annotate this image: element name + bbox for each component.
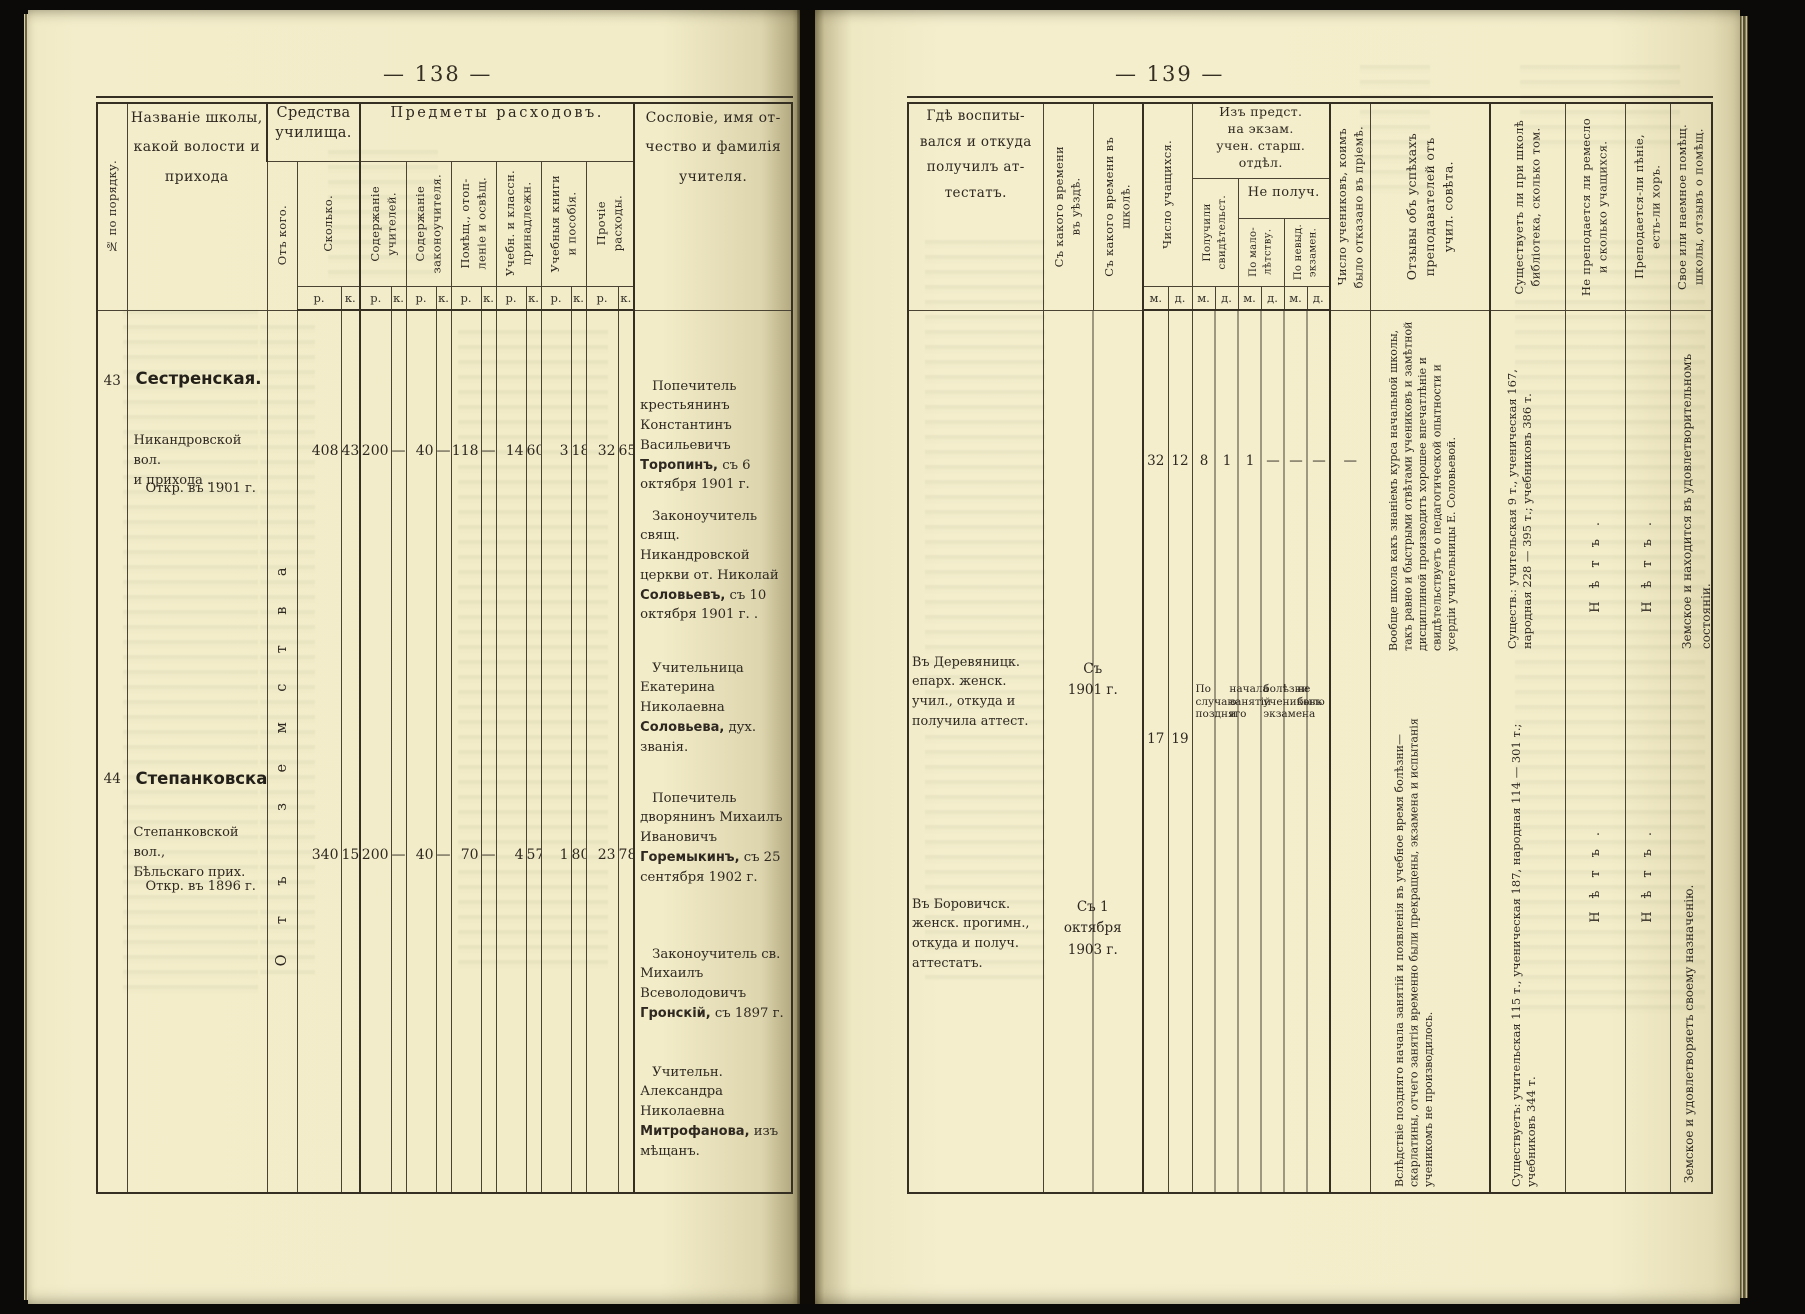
group-head-funds: Средства училища.: [267, 103, 360, 161]
col-head-library: Существуетъ ли при школѣ библіотека, ско…: [1490, 103, 1565, 310]
teacher-entry: Попечитель крестьянинъ Константинъ Васил…: [640, 377, 788, 496]
exp6-label: Прочіе расходы.: [593, 195, 626, 251]
col-head-school-name: Названіе школы, какой волости и прихода: [127, 103, 267, 310]
unit-cell: к.: [571, 286, 586, 310]
page-number-left: — 138 —: [383, 62, 492, 86]
unit-cell: к.: [526, 286, 541, 310]
col-head-since-uezd: Съ какого времени въ уѣздѣ.: [1043, 103, 1093, 310]
school-name: Сестренская.: [128, 369, 267, 388]
library-text: Существуетъ: учительская 115 т., учениче…: [1509, 663, 1539, 1187]
col-head-craft: Не преподается ли ремесло и сколько учащ…: [1565, 103, 1625, 310]
col-head-premises: Свое или наемное помѣщ. школы, отзывъ о …: [1670, 103, 1712, 310]
value-cell: 14: [497, 443, 524, 459]
exp2-label: Содержаніе законоучителя.: [412, 174, 445, 273]
col-head-cert: Получили свидѣтельст.: [1192, 178, 1238, 286]
value-cell: —: [482, 443, 494, 459]
money-col: 6057: [526, 310, 541, 1193]
col-head-students: Число учащихся.: [1143, 103, 1192, 286]
since-value: Съ 1 октября 1903 г.: [1044, 897, 1143, 962]
school-name-label: Названіе школы, какой волости и прихода: [128, 104, 267, 192]
teacher-surname: Горемыкинъ,: [640, 850, 739, 865]
unit-cell: м.: [1192, 286, 1215, 310]
unit-cell: д.: [1168, 286, 1192, 310]
unit-cell: к.: [341, 286, 360, 310]
fail-label: По невыд. экзамен.: [1292, 224, 1321, 280]
unit-cell: к.: [618, 286, 634, 310]
col-num-label: № по порядку.: [104, 160, 121, 254]
unit-cell: к.: [436, 286, 451, 310]
teacher-surname: Гронскій,: [640, 1006, 711, 1021]
value-cell: 23: [587, 847, 616, 863]
value-cell: 40: [407, 847, 434, 863]
unit-cell: д.: [1215, 286, 1238, 310]
unit-cell: р.: [360, 286, 391, 310]
col-head-since-school: Съ какого времени въ школѣ.: [1093, 103, 1143, 310]
money-col: 200200: [360, 310, 391, 1193]
singing-value: Нѣтъ.: [1640, 509, 1655, 613]
money-col: ——: [436, 310, 451, 1193]
col-head-not-received: Не получ.: [1238, 178, 1330, 218]
money-col: 144: [496, 310, 526, 1193]
educated-value: Въ Боровичск. женск. прогимн., откуда и …: [909, 895, 1043, 974]
school-volost: Степанковской вол., Бѣльскаго прих.: [128, 823, 267, 883]
teacher-text: Учительн. Александра Николаевна: [640, 1065, 725, 1120]
review-label: Отзывы объ успѣхахъ преподавателей отъ у…: [1403, 133, 1457, 280]
value-cell: 78: [619, 847, 632, 863]
since-col: Съ 1901 г. Съ 1 октября 1903 г.: [1043, 310, 1143, 1193]
value-cell: 1: [1216, 453, 1239, 469]
left-table-wrap: № по порядку. Названіе школы, какой воло…: [96, 96, 793, 1194]
col-head-exp2: Содержаніе законоучителя.: [406, 161, 451, 286]
col-head-exp6: Прочіе расходы.: [586, 161, 634, 286]
value-cell: 408: [298, 443, 339, 459]
school-opened: Откр. въ 1901 г.: [128, 481, 267, 496]
teacher-col: Попечитель крестьянинъ Константинъ Васил…: [634, 310, 792, 1193]
library-col: Существ.: учительская 9 т., ученическая …: [1490, 310, 1565, 1193]
unit-cell: к.: [391, 286, 406, 310]
review-text: Вообще школа какъ знаніемъ курса начальн…: [1387, 319, 1460, 651]
teacher-text: Попечитель крестьянинъ Константинъ Васил…: [640, 379, 736, 453]
teacher-surname: Соловьева,: [640, 720, 724, 735]
value-cell: 32: [587, 443, 616, 459]
educated-label: Гдѣ воспиты- вался и откуда получилъ ат-…: [909, 104, 1043, 207]
group-head-exam: Изъ предст. на экзам. учен. старш. отдѣл…: [1192, 103, 1330, 178]
money-col: 408340: [297, 310, 341, 1193]
teacher-entry: Учительница Екатерина Николаевна Соловье…: [640, 659, 788, 758]
value-cell: 3: [542, 443, 569, 459]
value-cell: 15: [342, 847, 358, 863]
value-cell: 40: [407, 443, 434, 459]
exp5-label: Учебныя книги и пособія.: [547, 175, 580, 272]
page-number-right: — 139 —: [1115, 62, 1224, 86]
exam-group-label: Изъ предст. на экзам. учен. старш. отдѣл…: [1193, 104, 1330, 172]
exp1-label: Содержаніе учителей.: [367, 186, 400, 262]
singing-value: Нѣтъ.: [1640, 819, 1655, 923]
right-table: Гдѣ воспиты- вался и откуда получилъ ат-…: [907, 102, 1713, 1194]
teacher-entry: Учительн. Александра Николаевна Митрофан…: [640, 1063, 788, 1162]
col-head-teacher: Сословіе, имя от- чество и фамилія учите…: [634, 103, 792, 310]
col-head-minor: По мало- лѣтству.: [1238, 218, 1284, 286]
library-text: Существ.: учительская 9 т., ученическая …: [1505, 319, 1535, 649]
teacher-entry: Попечитель дворянинъ Михаилъ Ивановичъ Г…: [640, 789, 788, 888]
since-school-label: Съ какого времени въ школѣ.: [1101, 137, 1134, 277]
value-cell: 60: [527, 443, 539, 459]
value-cell: 18: [572, 443, 584, 459]
exam-cols: 8 1 1 — — — По случаю поздняго начала за…: [1192, 310, 1330, 1193]
value-cell: —: [1308, 453, 1331, 469]
page-139: — 139 — Гдѣ воспиты- вался и откуда полу…: [815, 10, 1740, 1304]
col-head-exp4: Учебн. и классн. принадлежн.: [496, 161, 541, 286]
review-col: Вообще школа какъ знаніемъ курса начальн…: [1370, 310, 1490, 1193]
teacher-text: Законоучитель свящ. Никандровской церкви…: [640, 509, 779, 583]
col-head-fail: По невыд. экзамен.: [1284, 218, 1330, 286]
value-cell: 8: [1193, 453, 1216, 469]
expenses-group-label: Предметы расходовъ.: [361, 104, 633, 124]
book-scan: — 138 — № по порядку. Названі: [0, 0, 1805, 1314]
teacher-text: Попечитель дворянинъ Михаилъ Ивановичъ: [640, 791, 782, 846]
value-cell: —: [392, 443, 404, 459]
col-head-singing: Преподается-ли пѣніе, есть-ли хоръ.: [1625, 103, 1670, 310]
from-whom-label: Отъ кого.: [274, 205, 291, 265]
school-name: Степанковская.: [128, 769, 267, 788]
teacher-text: Учительница Екатерина Николаевна: [640, 661, 744, 716]
row-number: 43: [98, 373, 127, 389]
teacher-text: съ 1897 г.: [715, 1006, 784, 1021]
refused-label: Число учениковъ, коимъ было отказано въ …: [1334, 126, 1367, 288]
money-col: 3223: [586, 310, 618, 1193]
money-col: 4040: [406, 310, 436, 1193]
unit-cell: р.: [496, 286, 526, 310]
from-whom-col: Отъ земства: [267, 310, 297, 1193]
value-cell: 340: [298, 847, 339, 863]
cert-label: Получили свидѣтельст.: [1200, 195, 1230, 270]
page-138: — 138 — № по порядку. Названі: [28, 10, 800, 1304]
students-m-col: 32 17: [1143, 310, 1168, 1193]
col-head-how-much: Сколько.: [297, 161, 360, 286]
craft-label: Не преподается ли ремесло и сколько учащ…: [1578, 118, 1611, 296]
money-col: ——: [481, 310, 496, 1193]
value-cell: 4: [497, 847, 524, 863]
money-col: 1880: [571, 310, 586, 1193]
col-head-educated: Гдѣ воспиты- вался и откуда получилъ ат-…: [908, 103, 1043, 310]
unit-cell: д.: [1261, 286, 1284, 310]
money-col: 4315: [341, 310, 360, 1193]
value-cell: 118: [452, 443, 479, 459]
money-col: 31: [541, 310, 571, 1193]
unit-cell: д.: [1307, 286, 1330, 310]
value-cell: 17: [1144, 731, 1168, 747]
unit-cell: р.: [586, 286, 618, 310]
premises-label: Свое или наемное помѣщ. школы, отзывъ о …: [1674, 124, 1707, 290]
value-cell: 57: [527, 847, 539, 863]
value-cell: —: [1262, 453, 1285, 469]
money-col: ——: [391, 310, 406, 1193]
group-head-expenses: Предметы расходовъ.: [360, 103, 634, 161]
col-head-exp5: Учебныя книги и пособія.: [541, 161, 586, 286]
minor-label: По мало- лѣтству.: [1247, 227, 1276, 277]
educated-value: Въ Деревяницк. епарх. женск. учил., отку…: [909, 653, 1043, 732]
num-col: 43 44: [97, 310, 127, 1193]
value-cell: 1: [1239, 453, 1262, 469]
col-head-exp1: Содержаніе учителей.: [360, 161, 406, 286]
value-cell: 65: [619, 443, 632, 459]
value-cell: 200: [361, 847, 389, 863]
library-label: Существуетъ ли при школѣ библіотека, ско…: [1511, 120, 1544, 294]
exp4-label: Учебн. и классн. принадлежн.: [502, 170, 535, 276]
value-cell: 12: [1169, 453, 1192, 469]
students-label: Число учащихся.: [1159, 140, 1176, 249]
value-cell: —: [392, 847, 404, 863]
how-much-label: Сколько.: [320, 195, 337, 252]
since-value: Съ 1901 г.: [1044, 659, 1143, 702]
unit-cell: м.: [1284, 286, 1307, 310]
value-cell: 70: [452, 847, 479, 863]
value-cell: 200: [361, 443, 389, 459]
teacher-surname: Соловьевъ,: [640, 588, 725, 603]
school-opened: Откр. въ 1896 г.: [128, 879, 267, 894]
exam-note: По случаю поздняго начала занятій и болѣ…: [1196, 683, 1327, 833]
col-head-review: Отзывы объ успѣхахъ преподавателей отъ у…: [1370, 103, 1490, 310]
teacher-col-label: Сословіе, имя от- чество и фамилія учите…: [635, 104, 791, 192]
teacher-surname: Торопинъ,: [640, 458, 718, 473]
value-cell: —: [437, 443, 449, 459]
school-name-col: Сестренская. Никандровской вол. и приход…: [127, 310, 267, 1193]
review-text: Вслѣдствіе поздняго начала занятій и поя…: [1393, 663, 1437, 1187]
value-cell: —: [482, 847, 494, 863]
value-cell: —: [1285, 453, 1308, 469]
book-gutter: [797, 10, 817, 1304]
row-number: 44: [98, 771, 127, 787]
singing-label: Преподается-ли пѣніе, есть-ли хоръ.: [1631, 134, 1664, 279]
value-cell: 1: [542, 847, 569, 863]
value-cell: —: [1331, 453, 1370, 469]
not-received-label: Не получ.: [1239, 179, 1330, 206]
unit-cell: р.: [451, 286, 481, 310]
teacher-surname: Митрофанова,: [640, 1124, 749, 1139]
left-table: № по порядку. Названіе школы, какой воло…: [96, 102, 793, 1194]
craft-value: Нѣтъ.: [1588, 819, 1603, 923]
unit-cell: р.: [297, 286, 341, 310]
teacher-entry: Законоучитель свящ. Никандровской церкви…: [640, 507, 788, 626]
col-head-num: № по порядку.: [97, 103, 127, 310]
refused-col: —: [1330, 310, 1370, 1193]
educated-col: Въ Деревяницк. епарх. женск. учил., отку…: [908, 310, 1043, 1193]
singing-col: Нѣтъ. Нѣтъ.: [1625, 310, 1670, 1193]
teacher-entry: Законоучитель св. Михаилъ Всеволодовичъ …: [640, 945, 788, 1024]
col-head-from-whom: Отъ кого.: [267, 161, 297, 310]
value-cell: 43: [342, 443, 358, 459]
unit-cell: м.: [1143, 286, 1168, 310]
unit-cell: м.: [1238, 286, 1261, 310]
value-cell: —: [437, 847, 449, 863]
exp3-label: Помѣщ., отоп- леніе и освѣщ.: [457, 177, 490, 270]
col-head-exp3: Помѣщ., отоп- леніе и освѣщ.: [451, 161, 496, 286]
from-whom-value: Отъ земства: [274, 537, 290, 966]
unit-cell: р.: [541, 286, 571, 310]
students-f-col: 12 19: [1168, 310, 1192, 1193]
value-cell: 19: [1169, 731, 1192, 747]
premises-text: Земское и находится въ удовлетворительно…: [1678, 319, 1713, 649]
craft-col: Нѣтъ. Нѣтъ.: [1565, 310, 1625, 1193]
unit-cell: к.: [481, 286, 496, 310]
value-cell: 80: [572, 847, 584, 863]
right-table-wrap: Гдѣ воспиты- вался и откуда получилъ ат-…: [907, 96, 1713, 1194]
col-head-refused: Число учениковъ, коимъ было отказано въ …: [1330, 103, 1370, 310]
unit-cell: р.: [406, 286, 436, 310]
premises-text: Земское и удовлетворяетъ своему назначен…: [1680, 663, 1699, 1183]
money-col: 11870: [451, 310, 481, 1193]
value-cell: 32: [1144, 453, 1168, 469]
funds-group-label: Средства училища.: [268, 104, 359, 143]
teacher-text: Законоучитель св. Михаилъ Всеволодовичъ: [640, 947, 780, 1002]
since-uezd-label: Съ какого времени въ уѣздѣ.: [1051, 146, 1084, 267]
craft-value: Нѣтъ.: [1588, 509, 1603, 613]
premises-col: Земское и находится въ удовлетворительно…: [1670, 310, 1712, 1193]
money-col: 6578: [618, 310, 634, 1193]
